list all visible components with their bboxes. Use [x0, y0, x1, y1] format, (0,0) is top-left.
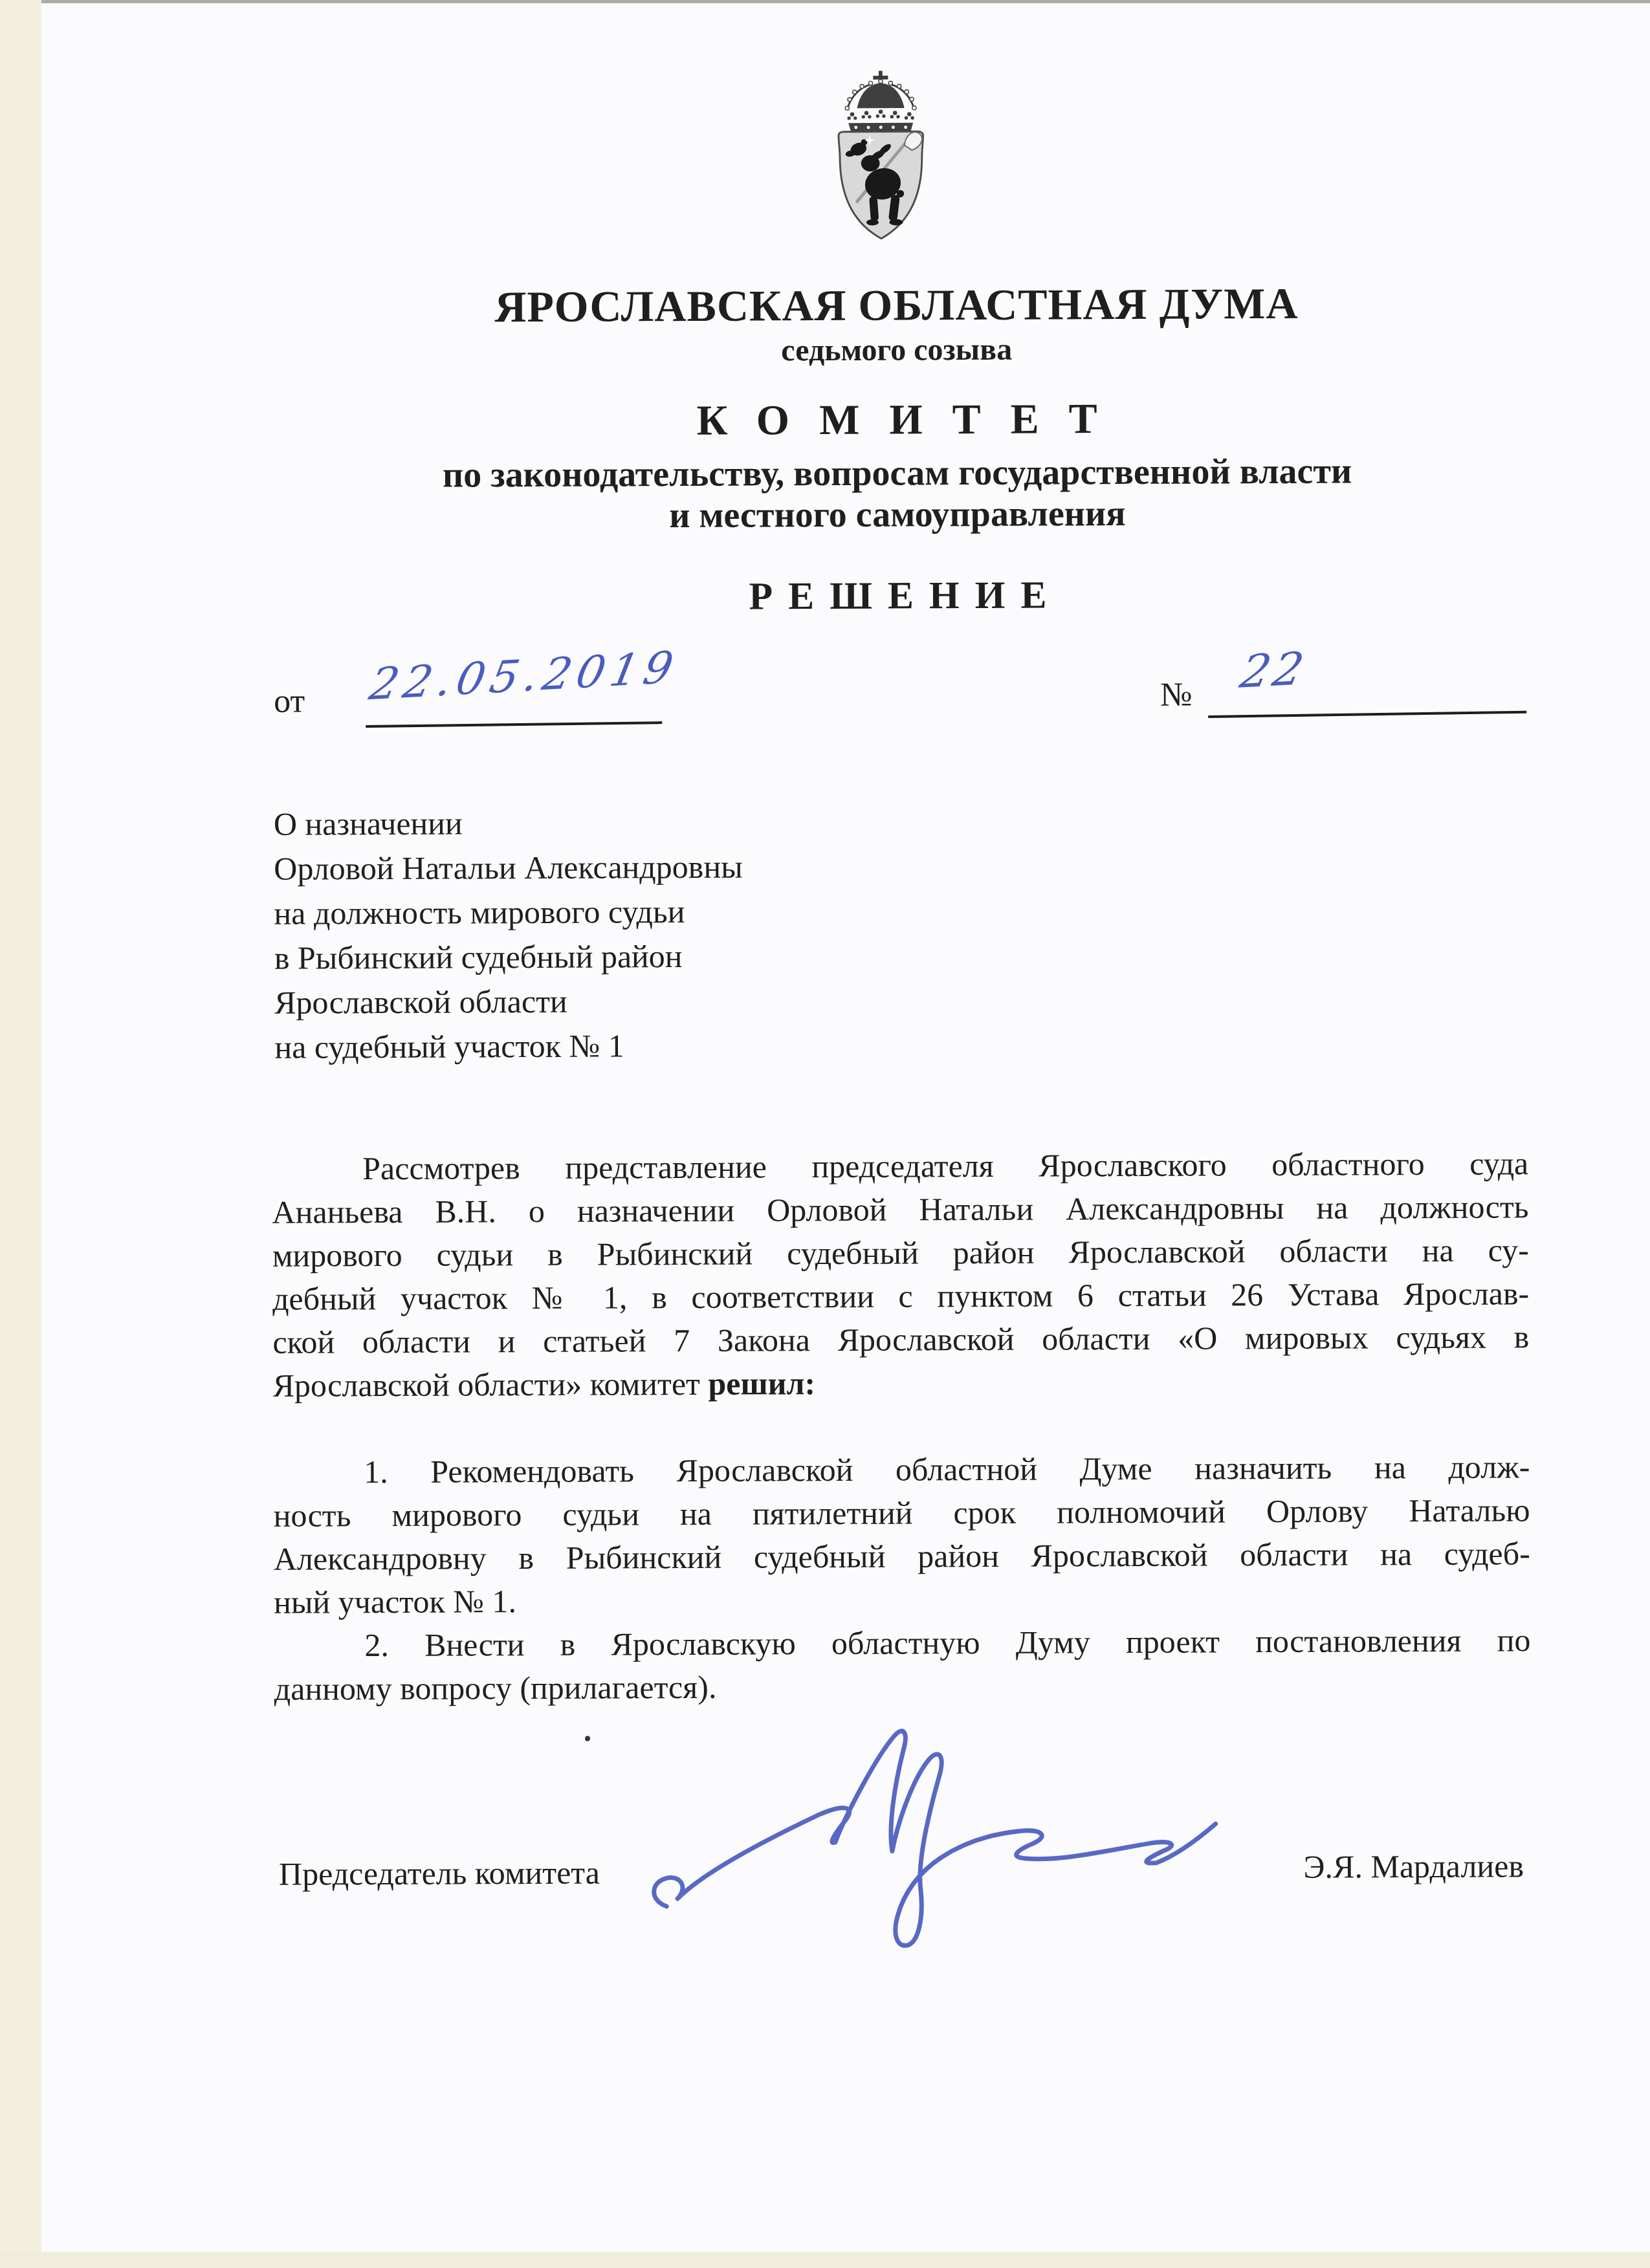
bear-with-halberd-icon: [819, 68, 943, 255]
committee-description-line2: и местного самоуправления: [269, 491, 1526, 538]
document-type-title: РЕШЕНИЕ: [269, 570, 1526, 620]
organization-name: ЯРОСЛАВСКАЯ ОБЛАСТНАЯ ДУМА: [268, 276, 1524, 333]
body-line: Ананьева В.Н. о назначении Орловой Натал…: [272, 1185, 1528, 1234]
body-line: мирового судьи в Рыбинский судебный райо…: [272, 1228, 1529, 1277]
resolved-word: решил:: [708, 1365, 815, 1402]
number-label: №: [1160, 677, 1193, 714]
date-underline: [366, 721, 662, 728]
resolution-body: Рассмотрев представление председателя Яр…: [272, 1142, 1531, 1710]
subject-line: Орловой Натальи Александровны: [274, 844, 985, 891]
crown-icon: [845, 71, 916, 132]
coat-of-arms-yaroslavl: [819, 68, 943, 255]
body-line-item1: ный участок № 1.: [274, 1575, 1530, 1624]
date-label: от: [274, 683, 305, 721]
subject-line: О назначении: [274, 799, 985, 847]
body-text: Ярославской области» комитет: [273, 1366, 709, 1404]
committee-title: КОМИТЕТ: [269, 393, 1525, 447]
subject-block: О назначении Орловой Натальи Александров…: [274, 799, 987, 1070]
subject-line: в Рыбинский судебный район: [274, 933, 986, 981]
signer-name: Э.Я. Мардалиев: [1303, 1847, 1524, 1885]
handwritten-date: 22.05.2019: [366, 642, 683, 711]
body-line-item2: данному вопросу (прилагается).: [274, 1662, 1531, 1710]
body-line: дебный участок № 1, в соответствии с пун…: [272, 1272, 1529, 1320]
handwritten-number: 22: [1236, 642, 1311, 699]
body-line: ской области и статьей 7 Закона Ярославс…: [272, 1315, 1529, 1364]
signature-autograph: [604, 1716, 1227, 1965]
body-line-item1: ность мирового судьи на пятилетний срок …: [273, 1488, 1530, 1537]
body-line-item1: Александровну в Рыбинский судебный район…: [274, 1532, 1530, 1580]
body-line: Ярославской области» комитет решил:: [273, 1358, 1530, 1407]
number-underline: [1208, 711, 1526, 718]
document-content: ЯРОСЛАВСКАЯ ОБЛАСТНАЯ ДУМА седьмого созы…: [0, 0, 1650, 2268]
body-line: Рассмотрев представление председателя Яр…: [272, 1142, 1528, 1190]
committee-description-line1: по законодательству, вопросам государств…: [269, 450, 1525, 496]
body-line-item2: 2. Внести в Ярославскую областную Думу п…: [274, 1619, 1530, 1667]
paragraph-gap: [273, 1402, 1530, 1450]
subject-line: на должность мирового судьи: [274, 888, 985, 936]
scan-speck: [585, 1736, 590, 1741]
convocation-line: седьмого созыва: [269, 329, 1525, 371]
subject-line: Ярославской области: [274, 977, 986, 1025]
subject-line: на судебный участок № 1: [274, 1022, 986, 1070]
body-line-item1: 1. Рекомендовать Ярославской областной Д…: [273, 1445, 1530, 1494]
scanned-document-page: ЯРОСЛАВСКАЯ ОБЛАСТНАЯ ДУМА седьмого созы…: [0, 0, 1650, 2268]
signer-position: Председатель комитета: [279, 1854, 600, 1893]
